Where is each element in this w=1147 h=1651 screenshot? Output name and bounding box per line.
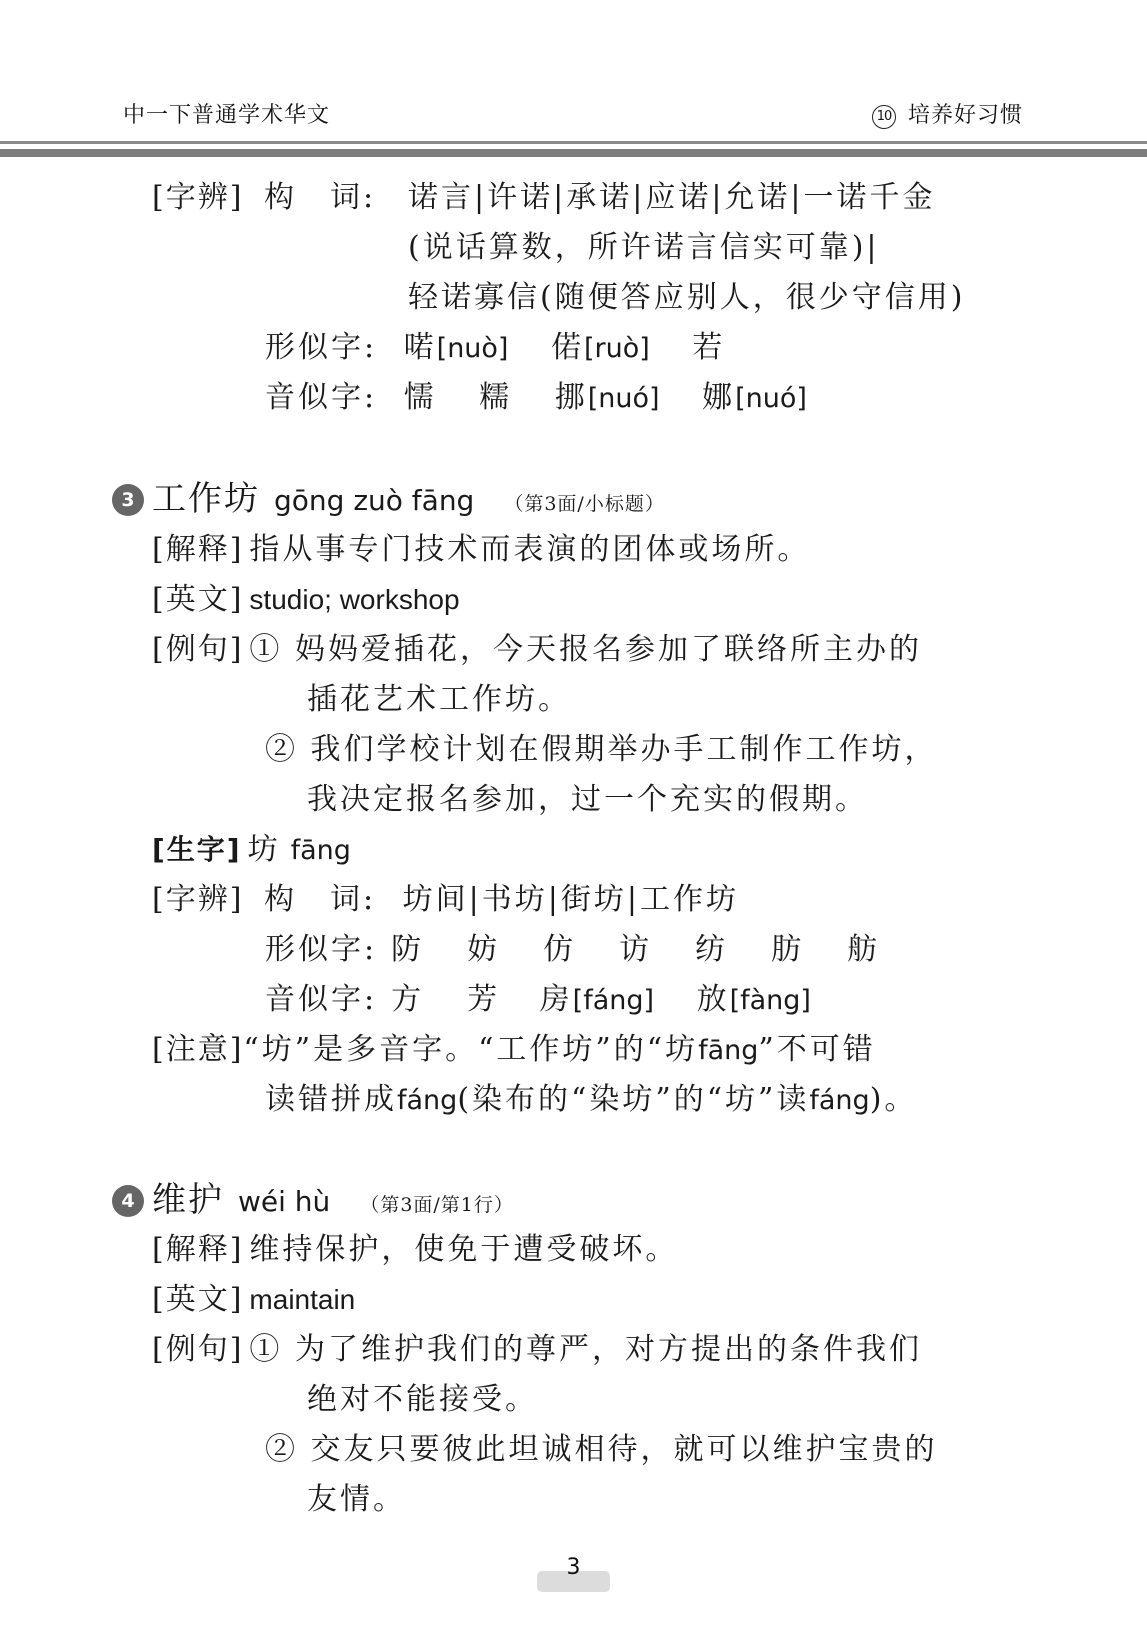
example-sentence: ② 我们学校计划在假期举办手工制作工作坊， xyxy=(265,730,938,770)
zhuyi-pinyin: fáng xyxy=(809,1085,869,1116)
page-header: 中一下普通学术华文 10培养好习惯 xyxy=(0,0,1147,160)
zhuyi-label: [注意] xyxy=(152,1032,243,1067)
liju-row-1: [例句]① 为了维护我们的尊严，对方提出的条件我们 xyxy=(152,1330,922,1370)
example-sentence-cont: 插花艺术工作坊。 xyxy=(307,680,571,720)
example-sentence: ① 妈妈爱插花，今天报名参加了联络所主办的 xyxy=(249,632,922,667)
zibian-label: [字辨] xyxy=(152,180,243,215)
vocab-reference: （第3面/第1行） xyxy=(360,1194,514,1216)
xingsi-label: 形似字: xyxy=(265,932,377,967)
yinsi-char: 放 xyxy=(697,982,730,1017)
vocab-word: 工作坊 xyxy=(152,479,260,519)
zhuyi-pinyin: fāng xyxy=(698,1035,758,1066)
yinsi-char: 糯 xyxy=(479,380,512,415)
yinsi-row: 音似字:方 芳 房[fáng] 放[fàng] xyxy=(265,980,811,1021)
yingwen-label: [英文] xyxy=(152,1282,243,1317)
gouci-label: 构 词: xyxy=(264,180,376,215)
yinsi-char: 娜 xyxy=(702,380,735,415)
yinsi-pinyin: [fàng] xyxy=(730,985,811,1016)
zibian-row: [字辨] 构 词: xyxy=(152,178,376,218)
shengzi-label: [生字] xyxy=(152,833,242,866)
section-number-badge: 4 xyxy=(112,1185,144,1217)
example-sentence: ① 为了维护我们的尊严，对方提出的条件我们 xyxy=(249,1332,922,1367)
gouci-line-1: 诺言|许诺|承诺|应诺|允诺|一诺千金 xyxy=(408,178,936,218)
yinsi-char: 懦 xyxy=(404,380,437,415)
xingsi-text: 防 妨 仿 访 纺 肪 舫 xyxy=(391,932,885,967)
xingsi-row: 形似字: 喏[nuò] 偌[ruò] 若 xyxy=(265,328,725,369)
zibian-label: [字辨] xyxy=(152,882,243,917)
example-sentence-cont: 友情。 xyxy=(307,1480,406,1520)
gouci-line-3: 轻诺寡信(随便答应别人，很少守信用) xyxy=(408,278,965,318)
zhuyi-row-1: [注意]“坊”是多音字。“工作坊”的“坊fāng”不可错 xyxy=(152,1030,876,1071)
header-divider-thin xyxy=(0,141,1147,144)
liju-label: [例句] xyxy=(152,1332,243,1367)
jieshi-label: [解释] xyxy=(152,532,243,567)
example-sentence-cont: 我决定报名参加，过一个充实的假期。 xyxy=(307,780,868,820)
shengzi-pinyin: fāng xyxy=(291,835,351,866)
zhuyi-text: 读错拼成 xyxy=(265,1082,397,1117)
xingsi-char: 偌 xyxy=(551,330,584,365)
yinsi-pinyin: [fáng] xyxy=(573,985,654,1016)
yinsi-row: 音似字: 懦 糯 挪[nuó] 娜[nuó] xyxy=(265,378,807,419)
jieshi-text: 指从事专门技术而表演的团体或场所。 xyxy=(249,532,810,567)
zhuyi-text: (染布的“染坊”的“坊”读 xyxy=(457,1082,809,1117)
vocab-reference: （第3面/小标题） xyxy=(504,493,665,515)
zibian-row: [字辨] 构 词: 坊间|书坊|街坊|工作坊 xyxy=(152,880,739,920)
section-number-badge: 3 xyxy=(112,484,144,516)
zhuyi-text: )。 xyxy=(870,1082,918,1117)
gouci-label: 构 词: xyxy=(264,882,376,917)
yinsi-pinyin: [nuó] xyxy=(735,383,807,414)
liju-row-1: [例句]① 妈妈爱插花，今天报名参加了联络所主办的 xyxy=(152,630,922,670)
yinsi-pinyin: [nuó] xyxy=(588,383,660,414)
xingsi-char: 喏 xyxy=(404,330,437,365)
lesson-heading: 10培养好习惯 xyxy=(872,98,1023,129)
shengzi-char: 坊 xyxy=(248,832,281,867)
example-sentence-cont: 绝对不能接受。 xyxy=(307,1380,538,1420)
book-title: 中一下普通学术华文 xyxy=(123,98,330,129)
gouci-text: 坊间|书坊|街坊|工作坊 xyxy=(403,882,739,917)
xingsi-char: 若 xyxy=(692,330,725,365)
yinsi-label: 音似字: xyxy=(265,380,377,415)
yinsi-char: 挪 xyxy=(555,380,588,415)
lesson-number-badge: 10 xyxy=(872,105,896,129)
xingsi-label: 形似字: xyxy=(265,330,377,365)
liju-label: [例句] xyxy=(152,632,243,667)
vocab-pinyin: wéi hù xyxy=(238,1185,330,1218)
example-sentence: ② 交友只要彼此坦诚相待，就可以维护宝贵的 xyxy=(265,1430,938,1470)
yinsi-label: 音似字: xyxy=(265,982,377,1017)
xingsi-pinyin: [ruò] xyxy=(584,333,650,364)
section-4-heading: 4维护wéi hù（第3面/第1行） xyxy=(112,1175,514,1231)
yinsi-char: 房 xyxy=(540,982,573,1017)
jieshi-text: 维持保护，使免于遭受破坏。 xyxy=(249,1232,678,1267)
zhuyi-pinyin: fáng xyxy=(397,1085,457,1116)
yingwen-row: [英文]maintain xyxy=(152,1280,355,1320)
xingsi-pinyin: [nuò] xyxy=(437,333,509,364)
section-3-heading: 3工作坊gōng zuò fāng（第3面/小标题） xyxy=(112,474,665,530)
zhuyi-text: “坊”是多音字。“工作坊”的“坊 xyxy=(243,1032,698,1067)
yingwen-row: [英文]studio; workshop xyxy=(152,580,460,620)
lesson-title: 培养好习惯 xyxy=(908,103,1023,128)
jieshi-row: [解释]维持保护，使免于遭受破坏。 xyxy=(152,1230,678,1270)
yinsi-text: 方 芳 xyxy=(391,982,505,1017)
gouci-line-2: (说话算数，所许诺言信实可靠)| xyxy=(408,228,880,268)
shengzi-row: [生字]坊fāng xyxy=(152,830,351,871)
jieshi-row: [解释]指从事专门技术而表演的团体或场所。 xyxy=(152,530,810,570)
zhuyi-row-2: 读错拼成fáng(染布的“染坊”的“坊”读fáng)。 xyxy=(265,1080,917,1121)
yingwen-label: [英文] xyxy=(152,582,243,617)
jieshi-label: [解释] xyxy=(152,1232,243,1267)
yingwen-text: studio; workshop xyxy=(249,584,459,615)
vocab-word: 维护 xyxy=(152,1180,224,1220)
xingsi-row: 形似字:防 妨 仿 访 纺 肪 舫 xyxy=(265,930,885,970)
yingwen-text: maintain xyxy=(249,1284,355,1315)
vocab-pinyin: gōng zuò fāng xyxy=(274,484,474,517)
header-divider-thick xyxy=(0,149,1147,157)
zhuyi-text: ”不可错 xyxy=(758,1032,875,1067)
page-number: 3 xyxy=(537,1555,610,1580)
